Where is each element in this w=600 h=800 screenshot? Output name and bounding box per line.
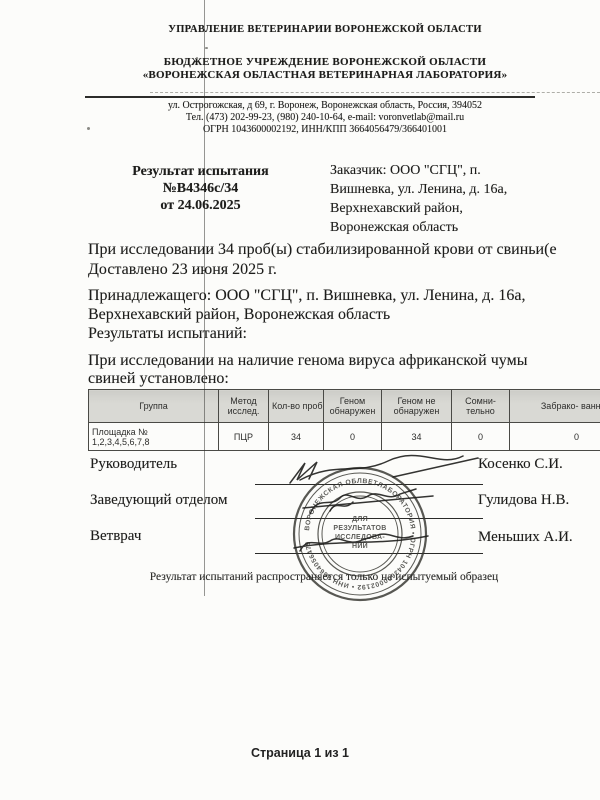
scan-speck (196, 57, 198, 59)
table-header-row: Группа Метод исслед. Кол-во проб Геном о… (89, 390, 600, 423)
signature-name-dept-head: Гулидова Н.В. (478, 492, 598, 509)
stamp-center-line4: НИЙ (352, 541, 368, 550)
result-title: Результат испытания (103, 163, 298, 180)
result-date: от 24.06.2025 (103, 197, 298, 214)
col-header-rejected: Забрако- ванные (510, 390, 600, 423)
signature-name-director: Косенко С.И. (478, 456, 598, 473)
col-header-genome-detected: Геном обнаружен (324, 390, 382, 423)
result-number: №В4346с/34 (103, 180, 298, 197)
body-line-asf2: свиней установлено: (88, 370, 229, 388)
cell-sample-count: 34 (269, 423, 324, 451)
letterhead-rule-faint (150, 92, 600, 93)
col-header-method: Метод исслед. (219, 390, 269, 423)
stamp-center-line2: РЕЗУЛЬТАТОВ (333, 525, 386, 532)
signature-title-vet: Ветврач (90, 528, 290, 545)
body-line-results-label: Результаты испытаний: (88, 325, 247, 343)
col-header-group: Группа (89, 390, 219, 423)
scan-speck (205, 47, 208, 49)
body-line-delivered: Доставлено 23 июня 2025 г. (88, 261, 277, 279)
signature-name-vet: Меньших А.И. (478, 529, 598, 546)
cell-method: ПЦР (219, 423, 269, 451)
scanned-document-page: УПРАВЛЕНИЕ ВЕТЕРИНАРИИ ВОРОНЕЖСКОЙ ОБЛАС… (0, 0, 600, 800)
disclaimer-text: Результат испытаний распространяется тол… (0, 571, 600, 583)
org-address: ул. Острогожская, д 69, г. Воронеж, Воро… (85, 100, 565, 111)
letterhead-rule (85, 96, 535, 98)
signature-title-director: Руководитель (90, 456, 290, 473)
cell-rejected: 0 (510, 423, 600, 451)
stamp-center-line1: ДЛЯ (352, 516, 368, 523)
cell-genome-not-detected: 34 (382, 423, 452, 451)
body-line-owner2: Верхнехавский район, Воронежская область (88, 306, 390, 324)
result-number-block: Результат испытания №В4346с/34 от 24.06.… (103, 163, 298, 214)
col-header-genome-not-detected: Геном не обнаружен (382, 390, 452, 423)
cell-doubtful: 0 (452, 423, 510, 451)
org-authority: УПРАВЛЕНИЕ ВЕТЕРИНАРИИ ВОРОНЕЖСКОЙ ОБЛАС… (85, 24, 565, 35)
col-header-sample-count: Кол-во проб (269, 390, 324, 423)
results-table: Группа Метод исслед. Кол-во проб Геном о… (88, 389, 600, 451)
scan-speck (87, 127, 90, 130)
col-header-doubtful: Сомни- тельно (452, 390, 510, 423)
stamp-center-line3: ИССЛЕДОВА- (335, 534, 385, 541)
cell-genome-detected: 0 (324, 423, 382, 451)
org-institution-line2: «ВОРОНЕЖСКАЯ ОБЛАСТНАЯ ВЕТЕРИНАРНАЯ ЛАБО… (85, 69, 565, 81)
body-line-samples: При исследовании 34 проб(ы) стабилизиров… (88, 241, 557, 259)
round-stamp: ВОРОНЕЖСКАЯ ОБЛВЕТЛАБОРАТОРИЯ • ОГРН 104… (285, 459, 435, 609)
body-line-owner1: Принадлежащего: ООО "СГЦ", п. Вишневка, … (88, 287, 526, 305)
org-registration: ОГРН 1043600002192, ИНН/КПП 3664056479/3… (85, 124, 565, 135)
cell-group: Площадка № 1,2,3,4,5,6,7,8 (89, 423, 219, 451)
org-institution-line1: БЮДЖЕТНОЕ УЧРЕЖДЕНИЕ ВОРОНЕЖСКОЙ ОБЛАСТИ (85, 56, 565, 68)
page-number: Страница 1 из 1 (0, 746, 600, 760)
body-line-asf1: При исследовании на наличие генома вирус… (88, 352, 527, 370)
scan-fold-line (204, 0, 205, 596)
signature-title-dept-head: Заведующий отделом (90, 492, 290, 509)
table-row: Площадка № 1,2,3,4,5,6,7,8 ПЦР 34 0 34 0… (89, 423, 600, 451)
customer-block: Заказчик: ООО "СГЦ", п. Вишневка, ул. Ле… (330, 161, 558, 237)
org-contacts: Тел. (473) 202-99-23, (980) 240-10-64, e… (85, 112, 565, 123)
